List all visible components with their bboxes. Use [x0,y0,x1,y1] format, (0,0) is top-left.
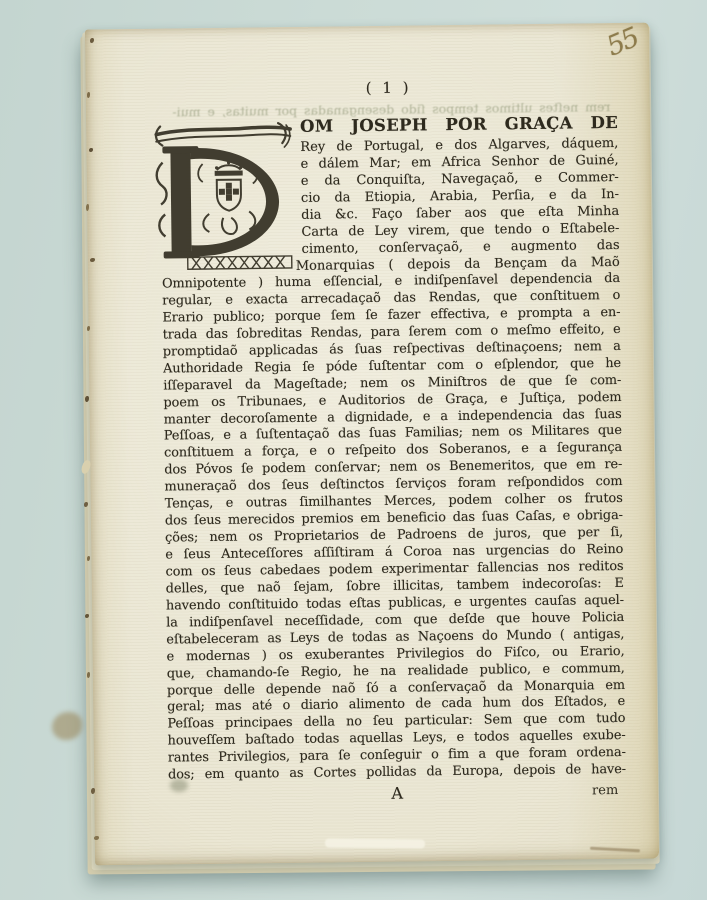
opening-paragraph: OM JOSEPH POR GRAÇA DE DEOS, Rey de Port… [160,111,620,277]
text-block: rem neſtes ultimos tempos ſido desengana… [160,75,627,808]
signature-row: A rem [168,780,626,808]
dropcap-initial-icon [152,117,296,271]
catchword: rem [592,780,619,802]
ink-smudge [170,779,188,792]
crosshatch-band [188,256,292,269]
signature-mark: A [168,780,626,808]
photo-background: 55 rem neſtes ultimos tempos ſido deseng… [0,0,707,900]
paper-scrape [325,838,425,848]
page-number: ( 1 ) [160,75,618,101]
document-page: 55 rem neſtes ultimos tempos ſido deseng… [85,23,659,866]
letter-d-glyph [162,145,279,258]
stain [52,712,82,740]
handwritten-folio-number: 55 [602,22,642,62]
